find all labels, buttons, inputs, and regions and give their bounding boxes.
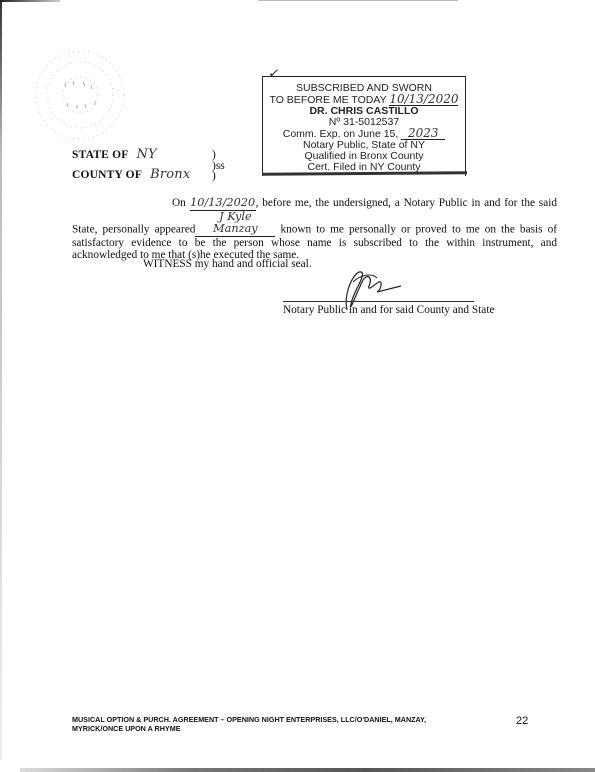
acknowledgment-date-handwritten: 10/13/2020 xyxy=(190,197,256,211)
page-number: 22 xyxy=(516,715,528,727)
state-handwritten: NY xyxy=(136,147,156,162)
scan-edge xyxy=(20,768,595,772)
county-of: COUNTY OFBronx xyxy=(72,167,190,182)
signature-caption: Notary Public in and for said County and… xyxy=(283,304,494,316)
county-handwritten: Bronx xyxy=(150,167,190,182)
scan-edge xyxy=(0,0,60,2)
state-of: STATE OFNY xyxy=(72,147,157,162)
footer-line: MYRICK/ONCE UPON A RHYME xyxy=(72,725,492,734)
witness-statement: WITNESS my hand and official seal. xyxy=(143,258,312,270)
scan-edge xyxy=(0,0,2,760)
signature-line xyxy=(283,301,474,302)
person-name-handwritten: J Kyle Manzay xyxy=(195,211,275,237)
notary-stamp: SUBSCRIBED AND SWORN TO BEFORE ME TODAY … xyxy=(262,76,466,176)
document-footer: MUSICAL OPTION & PURCH. AGREEMENT – OPEN… xyxy=(72,716,492,733)
scan-edge xyxy=(258,0,458,1)
venue-bracket: ) xyxy=(212,170,216,182)
embossed-notary-seal xyxy=(25,45,135,145)
acknowledgment-paragraph: On 10/13/2020, before me, the undersigne… xyxy=(72,197,557,262)
